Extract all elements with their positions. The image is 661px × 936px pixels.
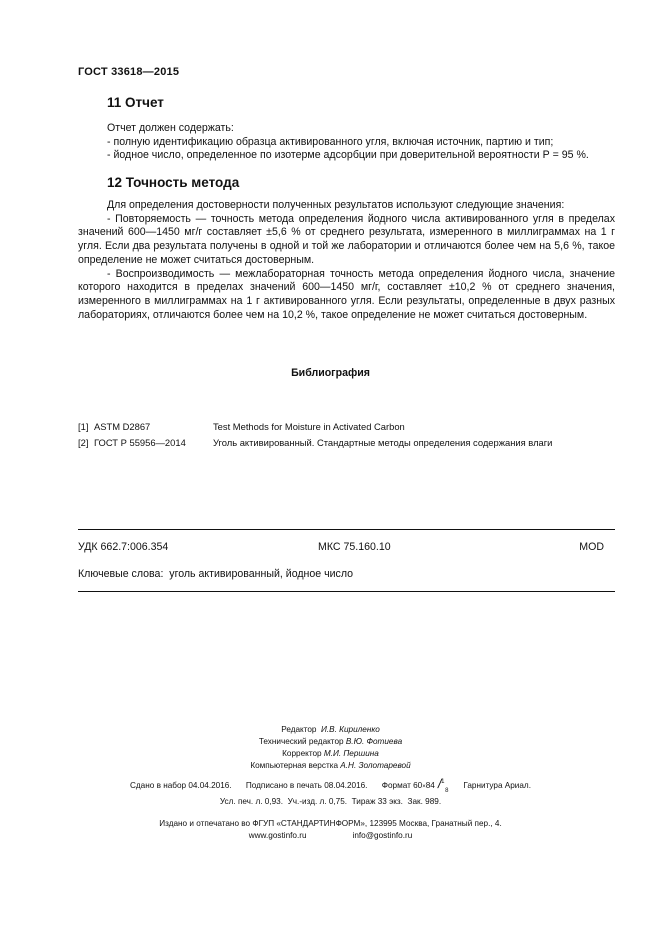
- credit-tech-editor: Технический редактор В.Ю. Фотиева: [0, 736, 661, 748]
- bib-title: Уголь активированный. Стандартные методы…: [213, 437, 552, 448]
- imprint: Сдано в набор 04.04.2016. Подписано в пе…: [0, 779, 661, 808]
- publisher-email-link[interactable]: info@gostinfo.ru: [353, 830, 413, 842]
- credit-layout: Компьютерная верстка А.Н. Золотаревой: [0, 760, 661, 772]
- bib-code: ASTM D2867: [94, 421, 213, 432]
- bib-number: [1]: [78, 421, 94, 432]
- section-11-line: Отчет должен содержать:: [107, 122, 617, 136]
- section-11-heading: 11 Отчет: [107, 95, 164, 110]
- repeatability-paragraph: - Повторяемость — точность метода опреде…: [78, 213, 615, 268]
- section-12-heading: 12 Точность метода: [107, 175, 239, 190]
- section-11-line: - полную идентификацию образца активиров…: [107, 136, 617, 150]
- section-11-line: - йодное число, определенное по изотерме…: [107, 149, 617, 163]
- reproducibility-paragraph: - Воспроизводимость — межлабораторная то…: [78, 268, 615, 323]
- keywords-row: Ключевые слова: уголь активированный, йо…: [78, 568, 353, 580]
- credit-proofreader: Корректор М.И. Першина: [0, 748, 661, 760]
- bibliography-entry: [2] ГОСТ Р 55956—2014 Уголь активированн…: [78, 437, 552, 448]
- section-12-body: Для определения достоверности полученных…: [78, 199, 615, 322]
- section-12-intro: Для определения достоверности полученных…: [78, 199, 615, 213]
- section-11-body: Отчет должен содержать: - полную идентиф…: [107, 122, 617, 163]
- format-fraction: 1/8: [437, 781, 449, 791]
- imprint-line-1: Сдано в набор 04.04.2016. Подписано в пе…: [0, 779, 661, 795]
- document-id: ГОСТ 33618—2015: [78, 66, 179, 78]
- publisher-links: www.gostinfo.ruinfo@gostinfo.ru: [0, 830, 661, 842]
- divider-bottom: [78, 591, 615, 592]
- mod-label: MOD: [579, 541, 604, 553]
- keywords-label: Ключевые слова:: [78, 568, 163, 580]
- bibliography-entry: [1] ASTM D2867 Test Methods for Moisture…: [78, 421, 405, 432]
- bib-title: Test Methods for Moisture in Activated C…: [213, 421, 405, 432]
- mks-code: МКС 75.160.10: [318, 541, 391, 553]
- imprint-line-2: Усл. печ. л. 0,93. Уч.-изд. л. 0,75. Тир…: [0, 795, 661, 809]
- divider-top: [78, 529, 615, 530]
- keywords-value: уголь активированный, йодное число: [169, 568, 353, 580]
- bib-number: [2]: [78, 437, 94, 448]
- publisher-website-link[interactable]: www.gostinfo.ru: [249, 830, 307, 842]
- credit-editor: Редактор И.В. Кириленко: [0, 724, 661, 736]
- udk-code: УДК 662.7:006.354: [78, 541, 168, 553]
- publisher-info: Издано и отпечатано во ФГУП «СТАНДАРТИНФ…: [0, 818, 661, 842]
- publisher-line: Издано и отпечатано во ФГУП «СТАНДАРТИНФ…: [0, 818, 661, 830]
- bibliography-title: Библиография: [0, 367, 661, 379]
- credits: Редактор И.В. Кириленко Технический реда…: [0, 724, 661, 772]
- bib-code: ГОСТ Р 55956—2014: [94, 437, 213, 448]
